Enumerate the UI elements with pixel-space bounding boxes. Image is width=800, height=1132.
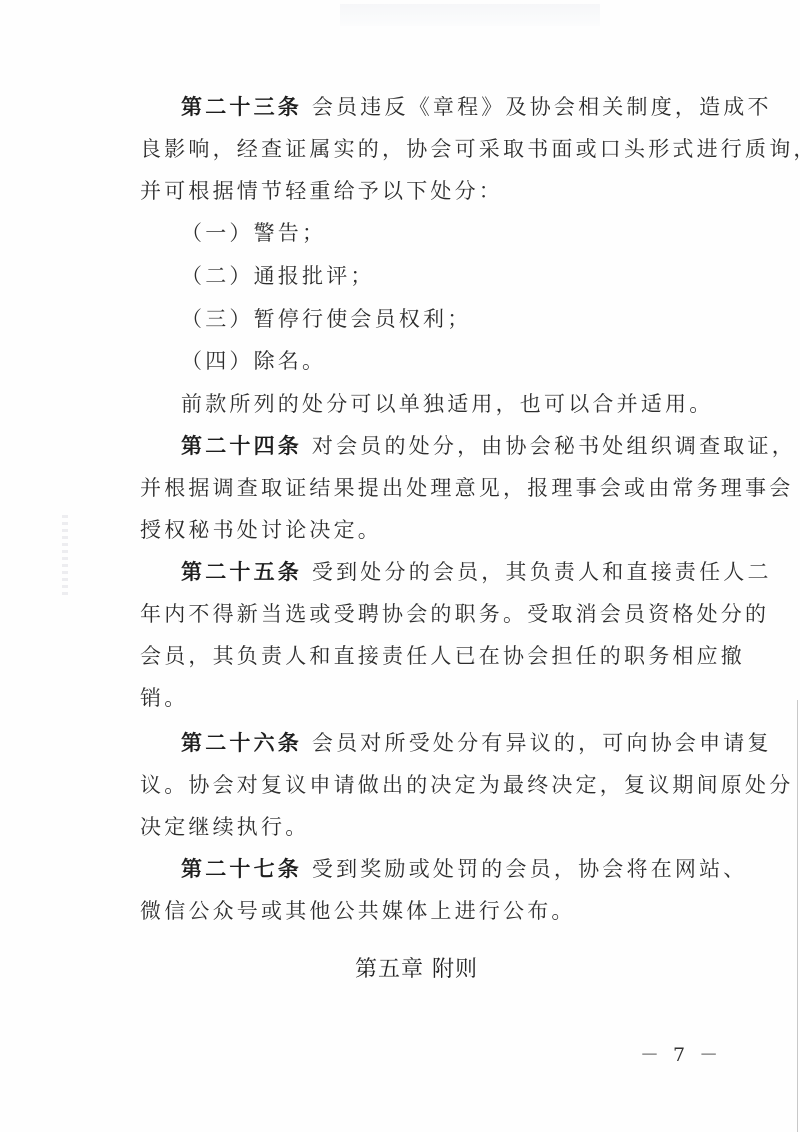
penalty-item-3: （三）暂停行使会员权利； [181, 304, 721, 334]
article-text: 会员对所受处分有异议的，可向协会申请复 [312, 731, 772, 755]
article-number: 第二十三条 [181, 94, 302, 119]
article-number: 第二十六条 [181, 730, 302, 755]
scan-artifact-top [340, 4, 600, 26]
article-23-line-3: 并可根据情节轻重给予以下处分： [140, 176, 680, 206]
article-23-line-2: 良影响，经查证属实的，协会可采取书面或口头形式进行质询， [140, 134, 680, 164]
article-26-line-3: 决定继续执行。 [140, 812, 680, 842]
article-24-line-3: 授权秘书处讨论决定。 [140, 515, 680, 545]
penalty-item-4: （四）除名。 [181, 346, 721, 376]
article-25-line-3: 会员，其负责人和直接责任人已在协会担任的职务相应撤 [140, 641, 680, 671]
article-23-line-1: 第二十三条 会员违反《章程》及协会相关制度，造成不 [181, 92, 721, 122]
article-number: 第二十四条 [181, 433, 302, 458]
article-25-line-2: 年内不得新当选或受聘协会的职务。受取消会员资格处分的 [140, 599, 680, 629]
penalty-item-1: （一）警告； [181, 218, 721, 248]
scan-artifact-margin [62, 515, 68, 595]
article-text: 会员违反《章程》及协会相关制度，造成不 [312, 95, 772, 119]
article-text: 受到处分的会员，其负责人和直接责任人二 [312, 560, 772, 584]
page-number: － 7 － [640, 1042, 722, 1068]
article-text: 受到奖励或处罚的会员，协会将在网站、 [312, 857, 748, 881]
article-27-line-1: 第二十七条 受到奖励或处罚的会员，协会将在网站、 [181, 854, 721, 884]
article-24-line-1: 第二十四条 对会员的处分，由协会秘书处组织调查取证， [181, 431, 721, 461]
article-26-line-1: 第二十六条 会员对所受处分有异议的，可向协会申请复 [181, 728, 721, 758]
article-23-note: 前款所列的处分可以单独适用，也可以合并适用。 [181, 389, 721, 419]
article-text: 对会员的处分，由协会秘书处组织调查取证， [312, 434, 796, 458]
penalty-item-2: （二）通报批评； [181, 261, 721, 291]
article-25-line-1: 第二十五条 受到处分的会员，其负责人和直接责任人二 [181, 557, 721, 587]
article-25-line-4: 销。 [140, 683, 680, 713]
article-number: 第二十七条 [181, 856, 302, 881]
article-27-line-2: 微信公众号或其他公共媒体上进行公布。 [140, 896, 680, 926]
document-page: 第二十三条 会员违反《章程》及协会相关制度，造成不 良影响，经查证属实的，协会可… [0, 0, 800, 1132]
chapter-heading: 第五章 附则 [355, 955, 478, 985]
page-edge-line [797, 700, 798, 1132]
article-number: 第二十五条 [181, 559, 302, 584]
article-26-line-2: 议。协会对复议申请做出的决定为最终决定，复议期间原处分 [140, 770, 680, 800]
article-24-line-2: 并根据调查取证结果提出处理意见，报理事会或由常务理事会 [140, 473, 680, 503]
